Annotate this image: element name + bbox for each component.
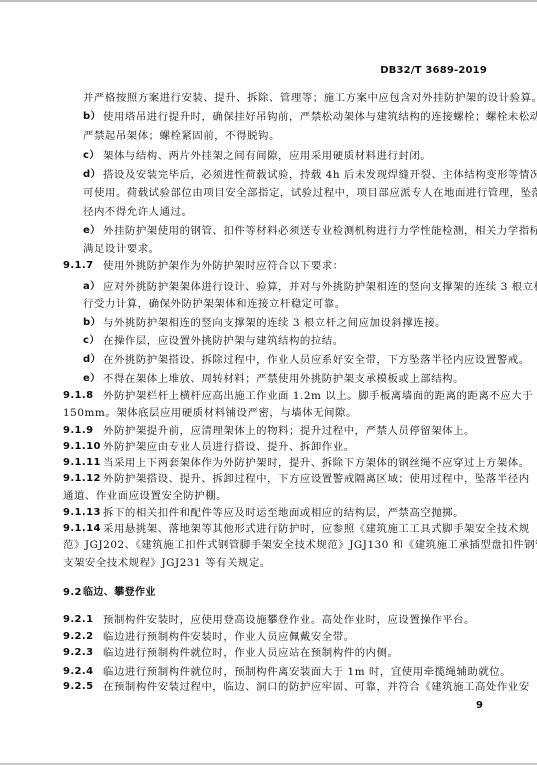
paragraph-line: 满足设计要求。 (83, 242, 160, 256)
list-marker: b） (83, 110, 101, 124)
paragraph-line: 范》JGJ202、《建筑施工扣件式钢管脚手架安全技术规范》JGJ130 和《建筑… (63, 538, 537, 552)
list-marker: c） (83, 334, 100, 348)
paragraph-line: 行受力计算，确保外防护架架体和连接立杆稳定可靠。 (83, 297, 346, 311)
paragraph-line: 150mm。架体底层应用硬质材料铺设严密，与墙体无间隙。 (63, 406, 357, 420)
section-number: 9.2 (63, 586, 82, 600)
clause-text: 外防护架搭设、提升、拆卸过程中，下方应设置警戒隔离区域；使用过程中，坠落半径内 (103, 472, 530, 486)
clause-text: 外防护架应由专业人员进行搭设、提升、拆卸作业。 (103, 440, 355, 454)
list-marker: a） (83, 280, 101, 294)
clause-text: 临边进行预制构件安装时，作业人员应佩戴安全带。 (103, 630, 355, 644)
paragraph-line: 架体与结构、两片外挂架之间有间隙，应用采用硬质材料进行封闭。 (103, 149, 431, 163)
clause-number: 9.1.14 (63, 522, 101, 536)
clause-number: 9.2.3 (63, 646, 93, 660)
list-marker: e） (83, 372, 101, 386)
clause-number: 9.1.8 (63, 389, 93, 403)
clause-number: 9.2.1 (63, 613, 93, 627)
document-code-header: DB32/T 3689-2019 (380, 65, 487, 76)
list-marker: b） (83, 316, 101, 330)
section-heading: 临边、攀登作业 (83, 586, 156, 600)
clause-number: 9.1.13 (63, 506, 101, 520)
paragraph-line: 外挂防护架使用的钢管、扣件等材料必须送专业检测机构进行力学性能检测，相关力学指标… (103, 224, 537, 238)
paragraph-line: 与外挑防护架相连的竖向支撑架的连续 3 根立杆之间应加设斜撑连接。 (103, 316, 446, 330)
paragraph-line: 严禁起吊架体；螺栓紧固前，不得脱钩。 (83, 129, 280, 143)
paragraph-line: 在外挑防护架搭设、拆除过程中，作业人员应系好安全带，下方坠落半径内应设置警戒。 (103, 353, 530, 367)
clause-text: 预制构件安装时，应使用登高设施攀登作业。高处作业时，应设置操作平台。 (103, 613, 475, 627)
list-marker: d） (83, 353, 101, 367)
clause-text: 使用外挑防护架作为外防护架时应符合以下要求： (103, 259, 344, 273)
clause-number: 9.1.11 (63, 456, 101, 470)
clause-number: 9.2.2 (63, 630, 93, 644)
list-marker: d） (83, 168, 101, 182)
paragraph-line: 径内不得允许人通过。 (83, 205, 192, 219)
clause-text: 外防护架提升前，应清理架体上的物料；提升过程中，严禁人员停留架体上。 (103, 424, 475, 438)
clause-number: 9.1.7 (63, 259, 93, 273)
paragraph-line: 并严格按照方案进行安装、提升、拆除、管理等；施工方案中应包含对外挂防护架的设计验… (83, 91, 537, 105)
clause-text: 拆下的相关扣件和配件等应及时运至地面或相应的结构层，严禁高空抛掷。 (103, 506, 464, 520)
paragraph-line: 支架安全技术规程》JGJ231 等有关规定。 (63, 556, 271, 570)
page-top-edge (0, 0, 537, 2)
clause-text: 当采用上下两套架体作为外防护架时，提升、拆除下方架体的钢丝绳不应穿过上方架体。 (103, 456, 530, 470)
paragraph-line: 通道、作业面应设置安全防护棚。 (63, 489, 227, 503)
clause-text: 临边进行预制构件就位时，作业人员应站在预制构件的内侧。 (103, 646, 398, 660)
list-marker: e） (83, 224, 101, 238)
clause-number: 9.2.4 (63, 665, 93, 679)
paragraph-line: 应对外挑防护架架体进行设计、验算，并对与外挑防护架相连的竖向支撑架的连续 3 根… (103, 280, 537, 294)
clause-number: 9.1.9 (63, 424, 93, 438)
clause-text: 临边进行预制构件就位时，预制构件离安装面大于 1m 时，宜使用牵揽绳辅助就位。 (103, 665, 511, 679)
clause-text: 在预制构件安装过程中，临边、洞口的防护应牢固、可靠，并符合《建筑施工高处作业安 (103, 680, 530, 694)
clause-text: 外防护架栏杆上横杆应高出施工作业面 1.2m 以上。脚手板离墙面的距离的距离不应… (103, 389, 533, 403)
paragraph-line: 不得在架体上堆放、周转材料；严禁使用外挑防护架支承模板或上部结构。 (103, 372, 464, 386)
page-number: 9 (476, 700, 483, 711)
paragraph-line: 搭设及安装完毕后，必须进性荷载试验，持载 4h 后未发现焊缝开裂、主体结构变形等… (103, 168, 537, 182)
list-marker: c） (83, 149, 100, 163)
clause-number: 9.2.5 (63, 680, 93, 694)
clause-number: 9.1.12 (63, 472, 101, 486)
paragraph-line: 可使用。荷载试验部位由项目安全部指定，试验过程中，项目部应派专人在地面进行管理，… (83, 186, 537, 200)
paragraph-line: 使用塔吊进行提升时，确保挂好吊钩前，严禁松动架体与建筑结构的连接螺栓；螺栓未松动… (103, 110, 537, 124)
paragraph-line: 在操作层，应设置外挑防护架与建筑结构的拉结。 (103, 334, 344, 348)
clause-text: 采用悬挑架、落地架等其他形式进行防护时，应参照《建筑施工工具式脚手架安全技术规 (103, 522, 530, 536)
clause-number: 9.1.10 (63, 440, 101, 454)
